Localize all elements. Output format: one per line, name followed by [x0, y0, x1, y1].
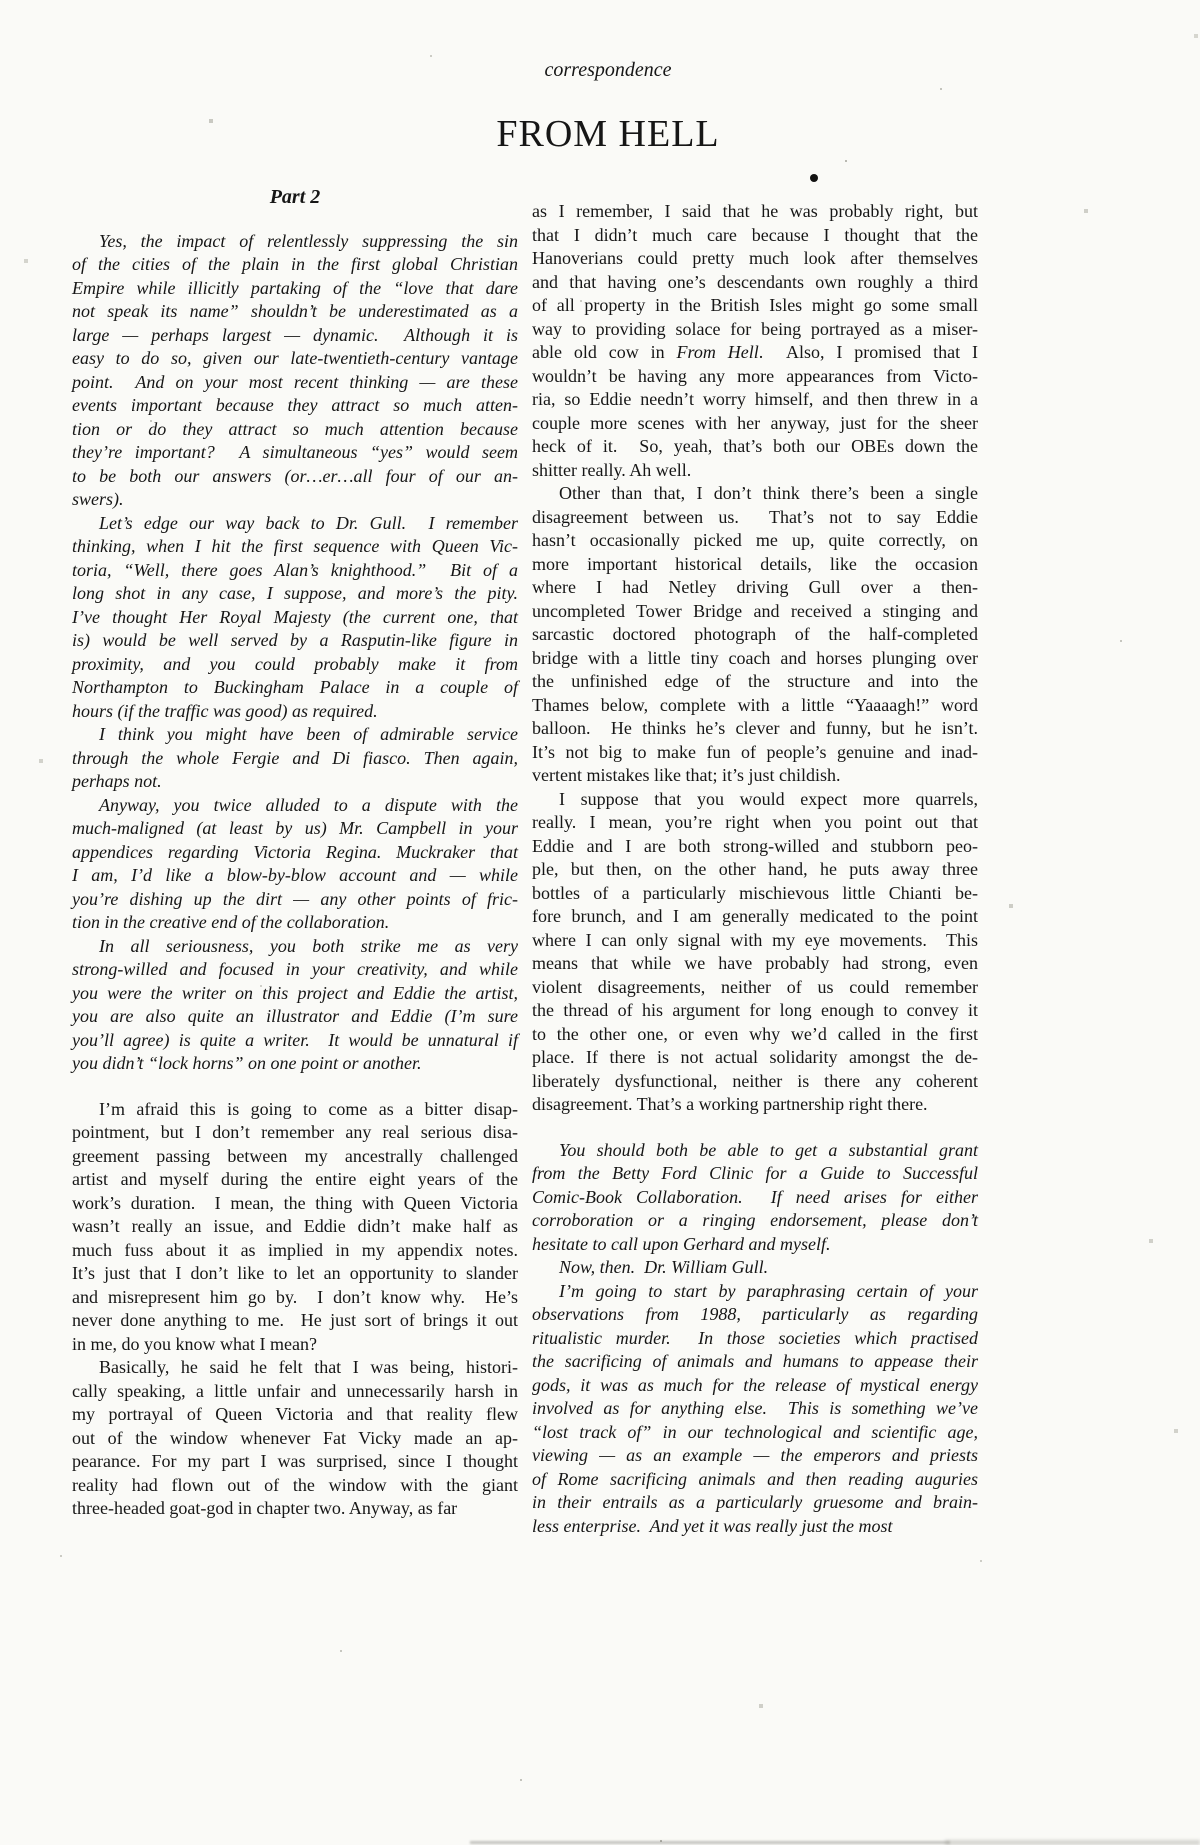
text-line: I’ve thought Her Royal Majesty (the curr… — [72, 606, 518, 630]
scan-noise — [0, 0, 2, 2]
text-line: gods, it was as much for the release of … — [532, 1374, 978, 1398]
text-line: able old cow in From Hell. Also, I promi… — [532, 341, 978, 365]
text-line: balloon. He thinks he’s clever and funny… — [532, 717, 978, 741]
text-line: point. And on your most recent thinking … — [72, 371, 518, 395]
text-line: where I can only signal with my eye move… — [532, 929, 978, 953]
text-line: toria, “Well, there goes Alan’s knightho… — [72, 559, 518, 583]
text-line: in me, do you know what I mean? — [72, 1333, 518, 1357]
text-line: work’s duration. I mean, the thing with … — [72, 1192, 518, 1216]
text-line: swers). — [72, 488, 518, 512]
text-line: you didn’t “lock horns” on one point or … — [72, 1052, 518, 1076]
text-line: three-headed goat-god in chapter two. An… — [72, 1497, 518, 1521]
paragraph: I suppose that you would expect more qua… — [532, 788, 978, 1117]
text-line: It’s just that I don’t like to let an op… — [72, 1262, 518, 1286]
scan-artifact — [470, 1841, 950, 1844]
text-line: I suppose that you would expect more qua… — [532, 788, 978, 812]
text-line: you’re dishing up the dirt — any other p… — [72, 888, 518, 912]
text-line: proximity, and you could probably make i… — [72, 653, 518, 677]
text-line: really. I mean, you’re right when you po… — [532, 811, 978, 835]
text-line: long shot in any case, I suppose, and mo… — [72, 582, 518, 606]
text-line: my portrayal of Queen Victoria and that … — [72, 1403, 518, 1427]
text-line: corroboration or a ringing endorsement, … — [532, 1209, 978, 1233]
paragraph: Anyway, you twice alluded to a dispute w… — [72, 794, 518, 935]
text-line: bottles of a particularly mischievous li… — [532, 882, 978, 906]
text-line: ple, but then, on the other hand, he put… — [532, 858, 978, 882]
text-line: wouldn’t be having any more appearances … — [532, 365, 978, 389]
text-line: that I didn’t much care because I though… — [532, 224, 978, 248]
text-line: hours (if the traffic was good) as requi… — [72, 700, 518, 724]
text-line: you are also quite an illustrator and Ed… — [72, 1005, 518, 1029]
paragraph: Now, then. Dr. William Gull. — [532, 1256, 978, 1280]
text-line: I think you might have been of admirable… — [72, 723, 518, 747]
text-line: large — perhaps largest — dynamic. Altho… — [72, 324, 518, 348]
text-line: and misrepresent him go by. I don’t know… — [72, 1286, 518, 1310]
text-line: Now, then. Dr. William Gull. — [532, 1256, 978, 1280]
text-line: I’m afraid this is going to come as a bi… — [72, 1098, 518, 1122]
text-columns: Part 2 Yes, the impact of relentlessly s… — [72, 170, 978, 1538]
paragraph: Yes, the impact of relentlessly suppress… — [72, 230, 518, 512]
scanned-page: correspondence FROM HELL Part 2 Yes, the… — [0, 0, 1200, 1845]
paragraph: Basically, he said he felt that I was be… — [72, 1356, 518, 1521]
text-line: reality had flown out of the window with… — [72, 1474, 518, 1498]
text-line: Yes, the impact of relentlessly suppress… — [72, 230, 518, 254]
text-line: I’m going to start by paraphrasing certa… — [532, 1280, 978, 1304]
text-line: wasn’t really an issue, and Eddie didn’t… — [72, 1215, 518, 1239]
paragraph: In all seriousness, you both strike me a… — [72, 935, 518, 1076]
page-header: correspondence FROM HELL — [8, 0, 1200, 156]
text-line: not speak its name” shouldn’t be underes… — [72, 300, 518, 324]
text-line: heck of it. So, yeah, that’s both our OB… — [532, 435, 978, 459]
text-line: I am, I’d like a blow-by-blow account an… — [72, 864, 518, 888]
text-line: In all seriousness, you both strike me a… — [72, 935, 518, 959]
text-line: ritualistic murder. In those societies w… — [532, 1327, 978, 1351]
text-line: viewing — as an example — the emperors a… — [532, 1444, 978, 1468]
text-line: Basically, he said he felt that I was be… — [72, 1356, 518, 1380]
text-line: you’ll agree) is quite a writer. It woul… — [72, 1029, 518, 1053]
text-line: vertent mistakes like that; it’s just ch… — [532, 764, 978, 788]
right-column: as I remember, I said that he was probab… — [532, 170, 978, 1538]
text-line: the unfinished edge of the structure and… — [532, 670, 978, 694]
text-line: of the cities of the plain in the first … — [72, 253, 518, 277]
paragraph: as I remember, I said that he was probab… — [532, 200, 978, 482]
text-line: Comic-Book Collaboration. If need arises… — [532, 1186, 978, 1210]
text-line: less enterprise. And yet it was really j… — [532, 1515, 978, 1539]
text-line: fore brunch, and I am generally medicate… — [532, 905, 978, 929]
text-line: greement passing between my ancestrally … — [72, 1145, 518, 1169]
text-line: tion or do they attract so much attentio… — [72, 418, 518, 442]
text-line: shitter really. Ah well. — [532, 459, 978, 483]
paragraph: You should both be able to get a substan… — [532, 1139, 978, 1257]
text-line: of Rome sacrificing animals and then rea… — [532, 1468, 978, 1492]
text-line: strong-willed and focused in your creati… — [72, 958, 518, 982]
text-line: Thames below, complete with a little “Ya… — [532, 694, 978, 718]
paragraph: I’m going to start by paraphrasing certa… — [532, 1280, 978, 1539]
text-line: in their entrails as a particularly grue… — [532, 1491, 978, 1515]
text-line: events important because they attract so… — [72, 394, 518, 418]
paragraph: I think you might have been of admirable… — [72, 723, 518, 794]
text-line: easy to do so, given our late-twentieth-… — [72, 347, 518, 371]
text-line: never done anything to me. He just sort … — [72, 1309, 518, 1333]
text-line: pearance. For my part I was surprised, s… — [72, 1450, 518, 1474]
text-line: of all property in the British Isles mig… — [532, 294, 978, 318]
scan-artifact — [945, 1840, 1200, 1845]
text-line: Eddie and I are both strong-willed and s… — [532, 835, 978, 859]
text-line: hesitate to call upon Gerhard and myself… — [532, 1233, 978, 1257]
text-line: tion in the creative end of the collabor… — [72, 911, 518, 935]
text-line: more important historical details, like … — [532, 553, 978, 577]
page-title: FROM HELL — [8, 112, 1200, 156]
paragraph: Other than that, I don’t think there’s b… — [532, 482, 978, 788]
paragraph: Let’s edge our way back to Dr. Gull. I r… — [72, 512, 518, 724]
text-line: Hanoverians could pretty much look after… — [532, 247, 978, 271]
text-line: hasn’t occasionally picked me up, quite … — [532, 529, 978, 553]
text-line: violent disagreements, neither of us cou… — [532, 976, 978, 1000]
text-line: is) would be well served by a Rasputin-l… — [72, 629, 518, 653]
text-line: perhaps not. — [72, 770, 518, 794]
text-line: disagreement between us. That’s not to s… — [532, 506, 978, 530]
text-line: cally speaking, a little unfair and unne… — [72, 1380, 518, 1404]
text-line: from the Betty Ford Clinic for a Guide t… — [532, 1162, 978, 1186]
text-line: you were the writer on this project and … — [72, 982, 518, 1006]
text-line: appendices regarding Victoria Regina. Mu… — [72, 841, 518, 865]
text-line: disagreement. That’s a working partnersh… — [532, 1093, 978, 1117]
text-line: means that while we have probably had st… — [532, 952, 978, 976]
text-line: the sacrificing of animals and humans to… — [532, 1350, 978, 1374]
text-line: couple more scenes with her anyway, just… — [532, 412, 978, 436]
text-line: It’s not big to make fun of people’s gen… — [532, 741, 978, 765]
text-line: sarcastic doctored photograph of the hal… — [532, 623, 978, 647]
text-line: as I remember, I said that he was probab… — [532, 200, 978, 224]
left-column: Part 2 Yes, the impact of relentlessly s… — [72, 170, 518, 1538]
bullet-icon — [810, 174, 818, 182]
text-line: “lost track of” in our technological and… — [532, 1421, 978, 1445]
text-line: place. If there is not actual solidarity… — [532, 1046, 978, 1070]
part-label: Part 2 — [72, 186, 518, 210]
text-line: Anyway, you twice alluded to a dispute w… — [72, 794, 518, 818]
text-line: liberately dysfunctional, neither is the… — [532, 1070, 978, 1094]
text-line: Let’s edge our way back to Dr. Gull. I r… — [72, 512, 518, 536]
text-line: Other than that, I don’t think there’s b… — [532, 482, 978, 506]
text-line: much fuss about it as implied in my appe… — [72, 1239, 518, 1263]
text-line: to be both our answers (or…er…all four o… — [72, 465, 518, 489]
paragraph: I’m afraid this is going to come as a bi… — [72, 1098, 518, 1357]
text-line: bridge with a little tiny coach and hors… — [532, 647, 978, 671]
text-line: ria, so Eddie needn’t worry himself, and… — [532, 388, 978, 412]
text-line: much-maligned (at least by us) Mr. Campb… — [72, 817, 518, 841]
text-line: they’re important? A simultaneous “yes” … — [72, 441, 518, 465]
text-line: way to providing solace for being portra… — [532, 318, 978, 342]
text-line: pointment, but I don’t remember any real… — [72, 1121, 518, 1145]
text-line: thinking, when I hit the first sequence … — [72, 535, 518, 559]
bullet-row — [532, 170, 978, 200]
text-line: uncompleted Tower Bridge and received a … — [532, 600, 978, 624]
text-line: through the whole Fergie and Di fiasco. … — [72, 747, 518, 771]
text-line: involved as for anything else. This is s… — [532, 1397, 978, 1421]
text-line: Northampton to Buckingham Palace in a co… — [72, 676, 518, 700]
text-line: to the other one, or even why we’d calle… — [532, 1023, 978, 1047]
text-line: where I had Netley driving Gull over a t… — [532, 576, 978, 600]
text-line: Empire while illicitly partaking of the … — [72, 277, 518, 301]
text-line: observations from 1988, particularly as … — [532, 1303, 978, 1327]
text-line: You should both be able to get a substan… — [532, 1139, 978, 1163]
text-line: artist and myself during the entire eigh… — [72, 1168, 518, 1192]
text-line: and that having one’s descendants own ro… — [532, 271, 978, 295]
text-line: out of the window whenever Fat Vicky mad… — [72, 1427, 518, 1451]
text-line: the thread of his argument for long enou… — [532, 999, 978, 1023]
section-kicker: correspondence — [8, 58, 1200, 82]
